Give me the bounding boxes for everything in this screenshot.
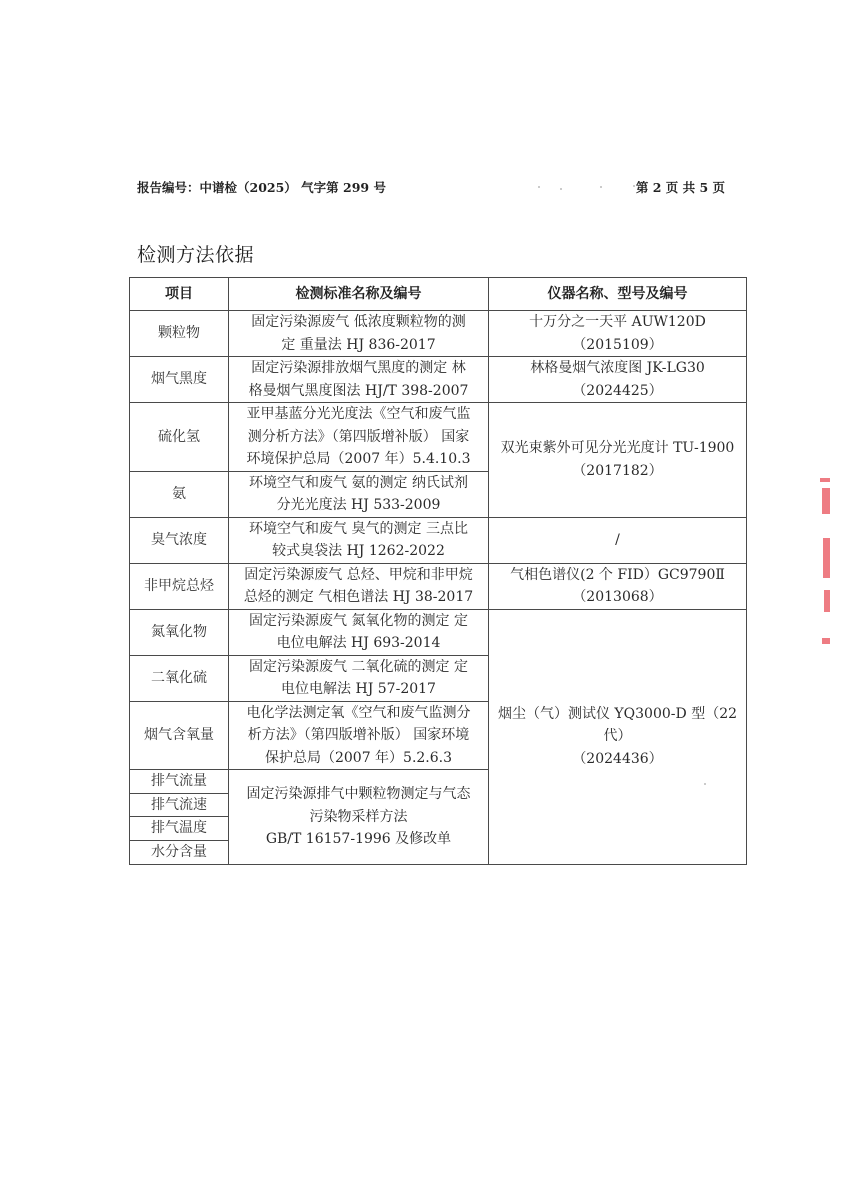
item-cell: 水分含量 [130,840,229,864]
item-cell: 氮氧化物 [130,609,229,655]
item-cell: 氨 [130,471,229,517]
text-line: 固定污染源排气中颗粒物测定与气态 [234,783,483,806]
instrument-cell: 气相色谱仪(2 个 FID）GC9790Ⅱ （2013068） [489,563,747,609]
standard-cell: 固定污染源废气 总烃、甲烷和非甲烷 总烃的测定 气相色谱法 HJ 38-2017 [229,563,489,609]
text-line: 分光光度法 HJ 533-2009 [234,494,483,517]
text-line: 林格曼烟气浓度图 JK-LG30（2024425） [494,357,741,402]
text-line: 析方法》（第四版增补版） 国家环境 [234,724,483,747]
text-line: 定 重量法 HJ 836-2017 [234,334,483,357]
standard-cell: 环境空气和废气 臭气的测定 三点比 较式臭袋法 HJ 1262-2022 [229,517,489,563]
text-line: 保护总局（2007 年）5.2.6.3 [234,747,483,770]
page-indicator: 第 2 页 共 5 页 [636,178,725,196]
text-line: 固定污染源废气 低浓度颗粒物的测 [234,311,483,334]
item-cell: 二氧化硫 [130,655,229,701]
text-line: 电位电解法 HJ 57-2017 [234,678,483,701]
text-line: 双光束紫外可见分光光度计 TU-1900 [494,437,741,460]
seal-stamp-edge [820,478,834,648]
standard-cell: 固定污染源废气 低浓度颗粒物的测 定 重量法 HJ 836-2017 [229,311,489,357]
text-line: 环境保护总局（2007 年）5.4.10.3 [234,448,483,471]
item-cell: 烟气黑度 [130,357,229,403]
text-line: 亚甲基蓝分光光度法《空气和废气监 [234,403,483,426]
table-row: 烟气黑度 固定污染源排放烟气黑度的测定 林 格曼烟气黑度图法 HJ/T 398-… [130,357,747,403]
instrument-cell: 双光束紫外可见分光光度计 TU-1900 （2017182） [489,403,747,518]
table-row: 硫化氢 亚甲基蓝分光光度法《空气和废气监 测分析方法》（第四版增补版） 国家 环… [130,403,747,472]
text-line: （2017182） [494,460,741,483]
standard-cell: 亚甲基蓝分光光度法《空气和废气监 测分析方法》（第四版增补版） 国家 环境保护总… [229,403,489,472]
instrument-cell: 烟尘（气）测试仪 YQ3000-D 型（22 代） （2024436） [489,609,747,864]
text-line: 总烃的测定 气相色谱法 HJ 38-2017 [234,586,483,609]
text-line: 电位电解法 HJ 693-2014 [234,632,483,655]
table-row: 颗粒物 固定污染源废气 低浓度颗粒物的测 定 重量法 HJ 836-2017 十… [130,311,747,357]
text-line: 烟尘（气）测试仪 YQ3000-D 型（22 代） [494,703,741,748]
item-cell: 排气温度 [130,817,229,841]
text-line: （2024436） [494,748,741,771]
report-number: 报告编号：中谱检（2025） 气字第 299 号 [137,178,386,196]
table-header-row: 项目 检测标准名称及编号 仪器名称、型号及编号 [130,278,747,311]
instrument-cell: / [489,517,747,563]
standard-cell: 固定污染源废气 氮氧化物的测定 定 电位电解法 HJ 693-2014 [229,609,489,655]
text-line: 固定污染源废气 氮氧化物的测定 定 [234,610,483,633]
text-line: 固定污染源废气 总烃、甲烷和非甲烷 [234,564,483,587]
table-row: 臭气浓度 环境空气和废气 臭气的测定 三点比 较式臭袋法 HJ 1262-202… [130,517,747,563]
instrument-cell: 十万分之一天平 AUW120D（2015109） [489,311,747,357]
item-cell: 排气流速 [130,793,229,817]
text-line: 环境空气和废气 氨的测定 纳氏试剂 [234,472,483,495]
text-line: 电化学法测定氧《空气和废气监测分 [234,702,483,725]
standard-cell: 固定污染源排放烟气黑度的测定 林 格曼烟气黑度图法 HJ/T 398-2007 [229,357,489,403]
section-title: 检测方法依据 [137,240,254,267]
column-header-standard: 检测标准名称及编号 [229,278,489,311]
text-line: 气相色谱仪(2 个 FID）GC9790Ⅱ [494,564,741,587]
table-row: 氮氧化物 固定污染源废气 氮氧化物的测定 定 电位电解法 HJ 693-2014… [130,609,747,655]
item-cell: 非甲烷总烃 [130,563,229,609]
text-line: 污染物采样方法 [234,806,483,829]
standard-cell: 电化学法测定氧《空气和废气监测分 析方法》（第四版增补版） 国家环境 保护总局（… [229,701,489,770]
text-line: 固定污染源废气 二氧化硫的测定 定 [234,656,483,679]
text-line: （2013068） [494,586,741,609]
text-line: 环境空气和废气 臭气的测定 三点比 [234,518,483,541]
table-row: 非甲烷总烃 固定污染源废气 总烃、甲烷和非甲烷 总烃的测定 气相色谱法 HJ 3… [130,563,747,609]
item-cell: 颗粒物 [130,311,229,357]
standard-cell: 固定污染源废气 二氧化硫的测定 定 电位电解法 HJ 57-2017 [229,655,489,701]
text-line: 较式臭袋法 HJ 1262-2022 [234,540,483,563]
column-header-item: 项目 [130,278,229,311]
text-line: GB/T 16157-1996 及修改单 [234,828,483,851]
text-line: 格曼烟气黑度图法 HJ/T 398-2007 [234,380,483,403]
instrument-cell: 林格曼烟气浓度图 JK-LG30（2024425） [489,357,747,403]
text-line: 十万分之一天平 AUW120D（2015109） [494,311,741,356]
item-cell: 烟气含氧量 [130,701,229,770]
standard-cell: 固定污染源排气中颗粒物测定与气态 污染物采样方法 GB/T 16157-1996… [229,770,489,865]
standard-cell: 环境空气和废气 氨的测定 纳氏试剂 分光光度法 HJ 533-2009 [229,471,489,517]
item-cell: 硫化氢 [130,403,229,472]
item-cell: 臭气浓度 [130,517,229,563]
methods-table: 项目 检测标准名称及编号 仪器名称、型号及编号 颗粒物 固定污染源废气 低浓度颗… [129,277,747,865]
item-cell: 排气流量 [130,770,229,794]
text-line: 固定污染源排放烟气黑度的测定 林 [234,357,483,380]
text-line: 测分析方法》（第四版增补版） 国家 [234,426,483,449]
text-line: / [494,529,741,552]
column-header-instrument: 仪器名称、型号及编号 [489,278,747,311]
